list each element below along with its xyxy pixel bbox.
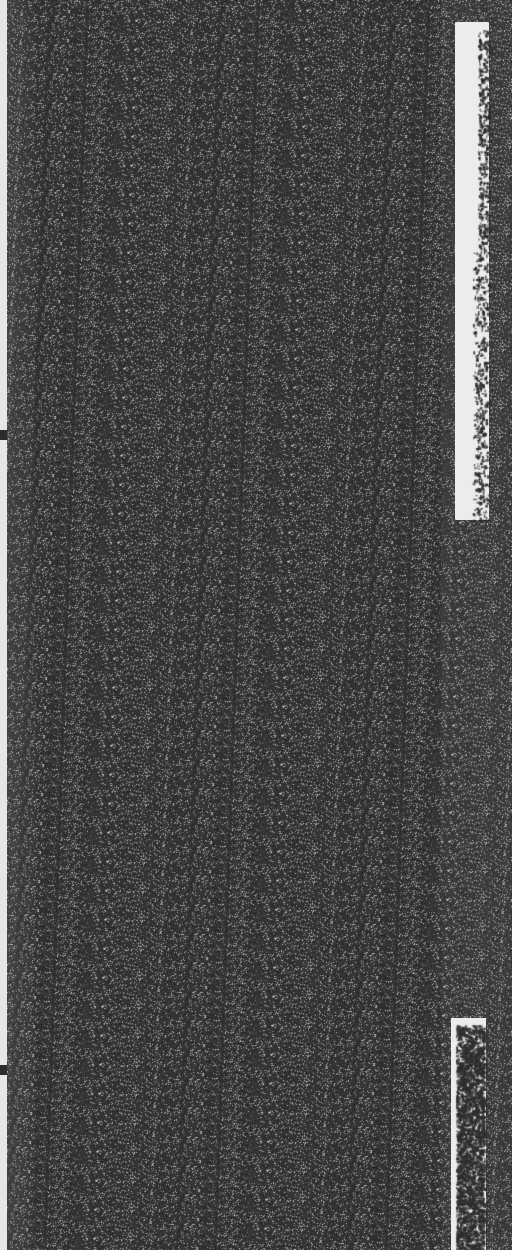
paint-wear-texture	[0, 0, 512, 1250]
road-surface	[0, 0, 512, 1250]
